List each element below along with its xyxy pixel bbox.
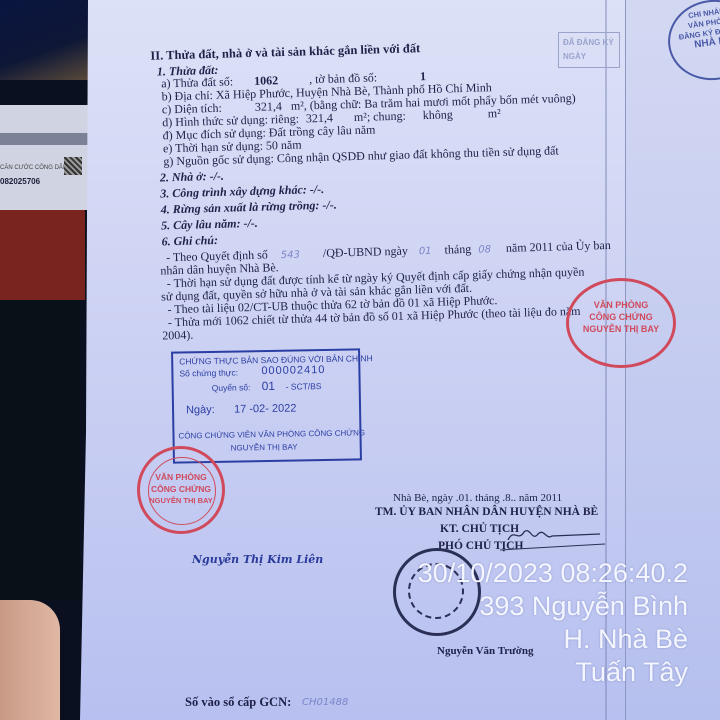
notary-certification-stamp: CHỨNG THỰC BẢN SAO ĐÚNG VỚI BẢN CHÍNH Số…	[171, 348, 362, 463]
notary-name: NGUYỄN THỊ BAY	[231, 442, 298, 452]
signer-name: Nguyễn Văn Trường	[437, 645, 533, 657]
book-suffix: - SCT/BS	[286, 381, 322, 392]
cert-number: 000002410	[261, 364, 325, 377]
faded-box-line: ĐÃ ĐĂNG KÝ	[563, 36, 615, 50]
qr-code-icon	[64, 157, 82, 175]
seal-inner-ring	[148, 457, 216, 525]
notary-footer: CÔNG CHỨNG VIÊN VĂN PHÒNG CÔNG CHỨNG	[178, 428, 365, 440]
decision-month: 08	[478, 244, 491, 255]
official-signature	[500, 522, 610, 552]
seal-line: VĂN PHÒNG	[569, 299, 673, 311]
gcn-register-label: Số vào sổ cấp GCN:	[185, 695, 291, 710]
shared-value: không	[423, 107, 453, 122]
background-id-card: CĂN CƯỚC CÔNG DÂN 082025706	[0, 105, 88, 210]
signing-place-date: Nhà Bè, ngày .01. tháng .8.. năm 2011	[393, 492, 562, 504]
decision-number: 543	[281, 250, 300, 262]
faded-registration-box: ĐÃ ĐĂNG KÝ NGÀY	[558, 32, 620, 68]
shared-label: m²; chung:	[354, 109, 406, 124]
land-registry-seal: CHI NHÁNH VĂN PHÒNG ĐĂNG KÝ ĐẤT ĐAI NHÀ …	[663, 0, 720, 86]
decision-date-label: /QĐ-UBND ngày	[323, 244, 408, 260]
photo-address: 393 Nguyễn Bình	[479, 591, 688, 621]
perennial-item: 5. Cây lâu năm: -/-.	[161, 217, 258, 233]
photo-user: Tuấn Tây	[575, 657, 688, 687]
background-red-surface	[0, 210, 85, 300]
notary-seal: VĂN PHÒNG CÔNG CHỨNG NGUYỄN THỊ BAY	[137, 446, 225, 534]
decision-year-text: năm 2011 của Ủy ban	[506, 238, 611, 255]
notary-signer-name: Nguyễn Thị Kim Liên	[192, 553, 323, 566]
cert-number-label: Số chứng thực:	[179, 367, 238, 378]
house-item: 2. Nhà ở: -/-.	[160, 170, 224, 185]
id-card-number: 082025706	[0, 177, 40, 186]
id-card-label: CĂN CƯỚC CÔNG DÂN	[0, 165, 67, 171]
book-number: 01	[262, 379, 276, 393]
id-card-strip	[0, 133, 88, 145]
photo-timestamp: 30/10/2023 08:26:40.2	[418, 558, 688, 588]
seal-line: CÔNG CHỨNG	[569, 311, 673, 323]
shared-unit: m²	[488, 106, 501, 120]
gcn-register-number: CH01488	[302, 697, 348, 708]
date-label: Ngày:	[186, 404, 215, 416]
faded-box-line: NGÀY	[563, 50, 615, 64]
photo-district: H. Nhà Bè	[563, 624, 688, 654]
certification-date: 17 -02- 2022	[234, 402, 297, 415]
book-label: Quyển số:	[212, 382, 251, 393]
seal-line: NGUYỄN THỊ BAY	[569, 323, 673, 335]
notes-line: 2004).	[162, 329, 193, 343]
background-dark-surface	[0, 300, 80, 600]
notes-heading: 6. Ghi chú:	[161, 234, 218, 249]
notary-seal-right: VĂN PHÒNG CÔNG CHỨNG NGUYỄN THỊ BAY	[566, 278, 676, 368]
month-label: tháng	[444, 242, 471, 257]
finger	[0, 600, 60, 720]
signing-organization: TM. ỦY BAN NHÂN DÂN HUYỆN NHÀ BÈ	[375, 506, 598, 518]
background-dark-corner	[0, 0, 90, 80]
decision-day: 01	[419, 246, 432, 257]
